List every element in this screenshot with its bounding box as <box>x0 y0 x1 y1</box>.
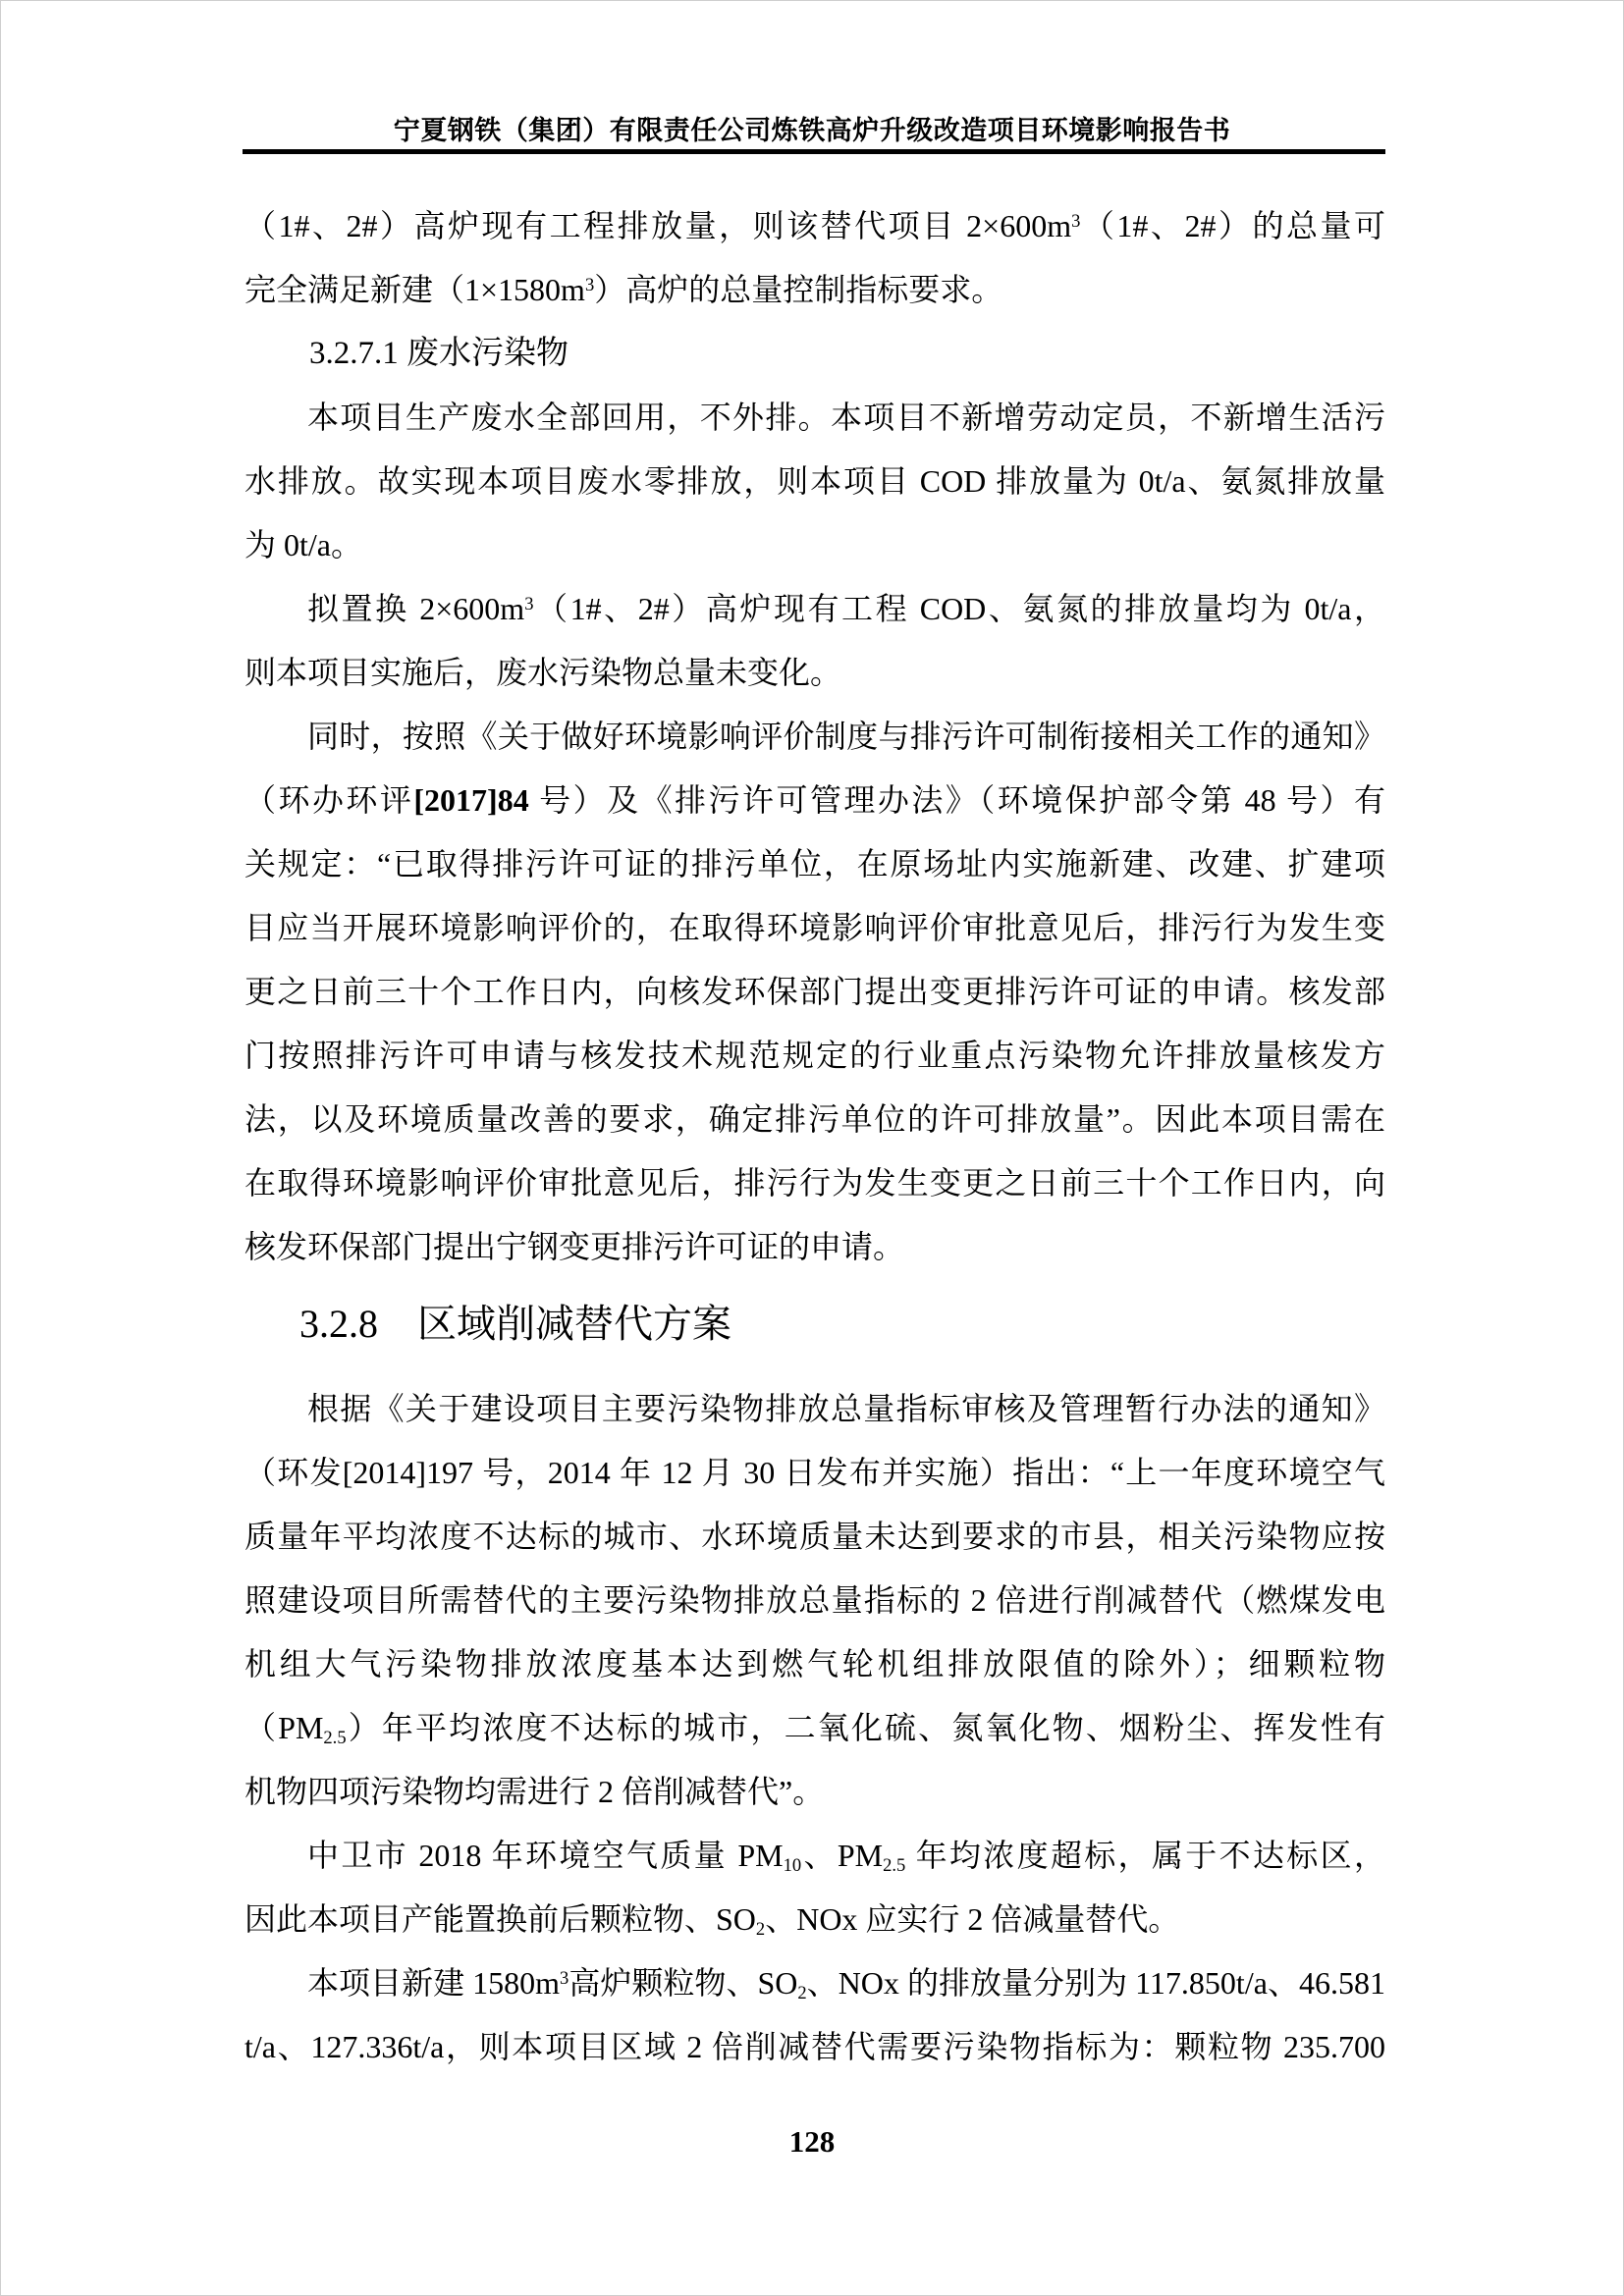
page-number: 128 <box>789 2124 836 2159</box>
text-line: 因此本项目产能置换前后颗粒物、SO2、NOx 应实行 2 倍减量替代。 <box>244 1888 1385 1951</box>
text-line: 机物四项污染物均需进行 2 倍削减替代”。 <box>244 1760 1385 1824</box>
text-segment: 更之日前三十个工作日内，向核发环保部门提出变更排污许可证的申请。核发部 <box>244 974 1385 1009</box>
text-segment: （PM <box>244 1710 323 1745</box>
text-segment: 拟置换 2×600m <box>307 591 524 626</box>
document-page: 宁夏钢铁（集团）有限责任公司炼铁高炉升级改造项目环境影响报告书 （1#、2#）高… <box>0 0 1624 2296</box>
text-segment: 则本项目实施后，废水污染物总量未变化。 <box>244 655 841 690</box>
text-segment: 、PM <box>801 1838 883 1873</box>
text-segment: t/a、127.336t/a，则本项目区域 2 倍削减替代需要污染物指标为：颗粒… <box>244 2029 1385 2064</box>
text-line: 更之日前三十个工作日内，向核发环保部门提出变更排污许可证的申请。核发部 <box>244 960 1385 1024</box>
text-segment: 机物四项污染物均需进行 2 倍削减替代”。 <box>244 1774 824 1809</box>
text-segment: 3 <box>524 594 533 614</box>
text-segment: 中卫市 2018 年环境空气质量 PM <box>307 1838 784 1873</box>
text-line: 关规定：“已取得排污许可证的排污单位，在原场址内实施新建、改建、扩建项 <box>244 832 1385 896</box>
text-line: 根据《关于建设项目主要污染物排放总量指标审核及管理暂行办法的通知》 <box>244 1377 1385 1441</box>
text-segment: 根据《关于建设项目主要污染物排放总量指标审核及管理暂行办法的通知》 <box>307 1391 1385 1426</box>
document-body: （1#、2#）高炉现有工程排放量，则该替代项目 2×600m3（1#、2#）的总… <box>244 194 1385 2079</box>
text-segment: ）高炉的总量控制指标要求。 <box>594 272 1002 307</box>
text-segment: 因此本项目产能置换前后颗粒物、SO <box>244 1901 756 1937</box>
text-segment: 本项目新建 1580m <box>307 1965 560 2001</box>
text-segment: 3 <box>560 1968 568 1989</box>
text-line: 在取得环境影响评价审批意见后，排污行为发生变更之日前三十个工作日内，向 <box>244 1151 1385 1215</box>
text-segment: 为 0t/a。 <box>244 527 362 562</box>
text-segment: 质量年平均浓度不达标的城市、水环境质量未达到要求的市县，相关污染物应按 <box>244 1519 1385 1554</box>
text-line: 拟置换 2×600m3（1#、2#）高炉现有工程 COD、氨氮的排放量均为 0t… <box>244 577 1385 641</box>
text-segment: 、NOx 的排放量分别为 117.850t/a、46.581 <box>807 1965 1385 2001</box>
text-segment: 2.5 <box>323 1728 346 1748</box>
text-segment: 年均浓度超标，属于不达标区， <box>905 1838 1385 1873</box>
text-line: 同时，按照《关于做好环境影响评价制度与排污许可制衔接相关工作的通知》 <box>244 705 1385 769</box>
text-line: 法，以及环境质量改善的要求，确定排污单位的许可排放量”。因此本项目需在 <box>244 1088 1385 1151</box>
text-line: t/a、127.336t/a，则本项目区域 2 倍削减替代需要污染物指标为：颗粒… <box>244 2015 1385 2079</box>
text-segment: （环办环评 <box>244 782 413 818</box>
text-segment: 本项目生产废水全部回用，不外排。本项目不新增劳动定员，不新增生活污 <box>307 400 1385 435</box>
text-segment: 2 <box>797 1983 806 2003</box>
text-segment: 照建设项目所需替代的主要污染物排放总量指标的 2 倍进行削减替代（燃煤发电 <box>244 1582 1385 1618</box>
section-heading: 3.2.7.1 废水污染物 <box>244 322 1385 386</box>
text-line: （环发[2014]197 号，2014 年 12 月 30 日发布并实施）指出：… <box>244 1441 1385 1505</box>
text-line: 为 0t/a。 <box>244 513 1385 577</box>
text-segment: 3.2.8 区域削减替代方案 <box>299 1302 731 1346</box>
text-line: 门按照排污许可申请与核发技术规范规定的行业重点污染物允许排放量核发方 <box>244 1024 1385 1088</box>
text-segment: （1#、2#）高炉现有工程 COD、氨氮的排放量均为 0t/a， <box>533 591 1385 626</box>
text-segment: 水排放。故实现本项目废水零排放，则本项目 COD 排放量为 0t/a、氨氮排放量 <box>244 463 1385 499</box>
text-line: （环办环评[2017]84 号）及《排污许可管理办法》（环境保护部令第 48 号… <box>244 769 1385 832</box>
text-segment: 在取得环境影响评价审批意见后，排污行为发生变更之日前三十个工作日内，向 <box>244 1165 1385 1201</box>
text-segment: ）年平均浓度不达标的城市，二氧化硫、氮氧化物、烟粉尘、挥发性有 <box>347 1710 1385 1745</box>
text-line: 照建设项目所需替代的主要污染物排放总量指标的 2 倍进行削减替代（燃煤发电 <box>244 1569 1385 1632</box>
text-line: 目应当开展环境影响评价的，在取得环境影响评价审批意见后，排污行为发生变 <box>244 896 1385 960</box>
text-segment: 10 <box>784 1855 802 1876</box>
text-line: 则本项目实施后，废水污染物总量未变化。 <box>244 641 1385 705</box>
text-segment: 同时，按照《关于做好环境影响评价制度与排污许可制衔接相关工作的通知》 <box>307 719 1385 754</box>
text-line: 本项目新建 1580m3高炉颗粒物、SO2、NOx 的排放量分别为 117.85… <box>244 1951 1385 2015</box>
text-segment: 2.5 <box>883 1855 905 1876</box>
text-line: 水排放。故实现本项目废水零排放，则本项目 COD 排放量为 0t/a、氨氮排放量 <box>244 450 1385 513</box>
text-segment: 高炉颗粒物、SO <box>568 1965 797 2001</box>
text-segment: 3 <box>585 275 594 295</box>
text-line: 本项目生产废水全部回用，不外排。本项目不新增劳动定员，不新增生活污 <box>244 386 1385 450</box>
text-line: 核发环保部门提出宁钢变更排污许可证的申请。 <box>244 1215 1385 1279</box>
page-footer: 128 <box>1 2124 1623 2160</box>
text-segment: 2 <box>756 1919 765 1940</box>
text-segment: 目应当开展环境影响评价的，在取得环境影响评价审批意见后，排污行为发生变 <box>244 910 1385 945</box>
text-segment: 号）及《排污许可管理办法》（环境保护部令第 48 号）有 <box>529 782 1385 818</box>
text-line: （PM2.5）年平均浓度不达标的城市，二氧化硫、氮氧化物、烟粉尘、挥发性有 <box>244 1696 1385 1760</box>
text-segment: 3.2.7.1 废水污染物 <box>309 336 568 371</box>
text-segment: 核发环保部门提出宁钢变更排污许可证的申请。 <box>244 1229 904 1264</box>
running-header-title: 宁夏钢铁（集团）有限责任公司炼铁高炉升级改造项目环境影响报告书 <box>1 109 1623 147</box>
text-segment: 完全满足新建（1×1580m <box>244 272 585 307</box>
text-segment: （1#、2#）的总量可 <box>1080 208 1385 243</box>
text-segment: （1#、2#）高炉现有工程排放量，则该替代项目 2×600m <box>244 208 1071 243</box>
text-segment: [2017]84 <box>413 782 528 818</box>
text-line: （1#、2#）高炉现有工程排放量，则该替代项目 2×600m3（1#、2#）的总… <box>244 194 1385 258</box>
text-segment: 法，以及环境质量改善的要求，确定排污单位的许可排放量”。因此本项目需在 <box>244 1101 1385 1137</box>
text-segment: 3 <box>1071 211 1080 232</box>
section-heading: 3.2.8 区域削减替代方案 <box>244 1279 1385 1377</box>
text-segment: 机组大气污染物排放浓度基本达到燃气轮机组排放限值的除外）；细颗粒物 <box>244 1646 1385 1682</box>
text-segment: （环发[2014]197 号，2014 年 12 月 30 日发布并实施）指出：… <box>244 1455 1385 1490</box>
text-line: 质量年平均浓度不达标的城市、水环境质量未达到要求的市县，相关污染物应按 <box>244 1505 1385 1569</box>
text-line: 中卫市 2018 年环境空气质量 PM10、PM2.5 年均浓度超标，属于不达标… <box>244 1824 1385 1888</box>
text-segment: 、NOx 应实行 2 倍减量替代。 <box>765 1901 1179 1937</box>
text-segment: 门按照排污许可申请与核发技术规范规定的行业重点污染物允许排放量核发方 <box>244 1038 1385 1073</box>
text-line: 机组大气污染物排放浓度基本达到燃气轮机组排放限值的除外）；细颗粒物 <box>244 1632 1385 1696</box>
text-line: 完全满足新建（1×1580m3）高炉的总量控制指标要求。 <box>244 258 1385 322</box>
header-rule <box>243 149 1385 154</box>
text-segment: 关规定：“已取得排污许可证的排污单位，在原场址内实施新建、改建、扩建项 <box>244 846 1385 881</box>
